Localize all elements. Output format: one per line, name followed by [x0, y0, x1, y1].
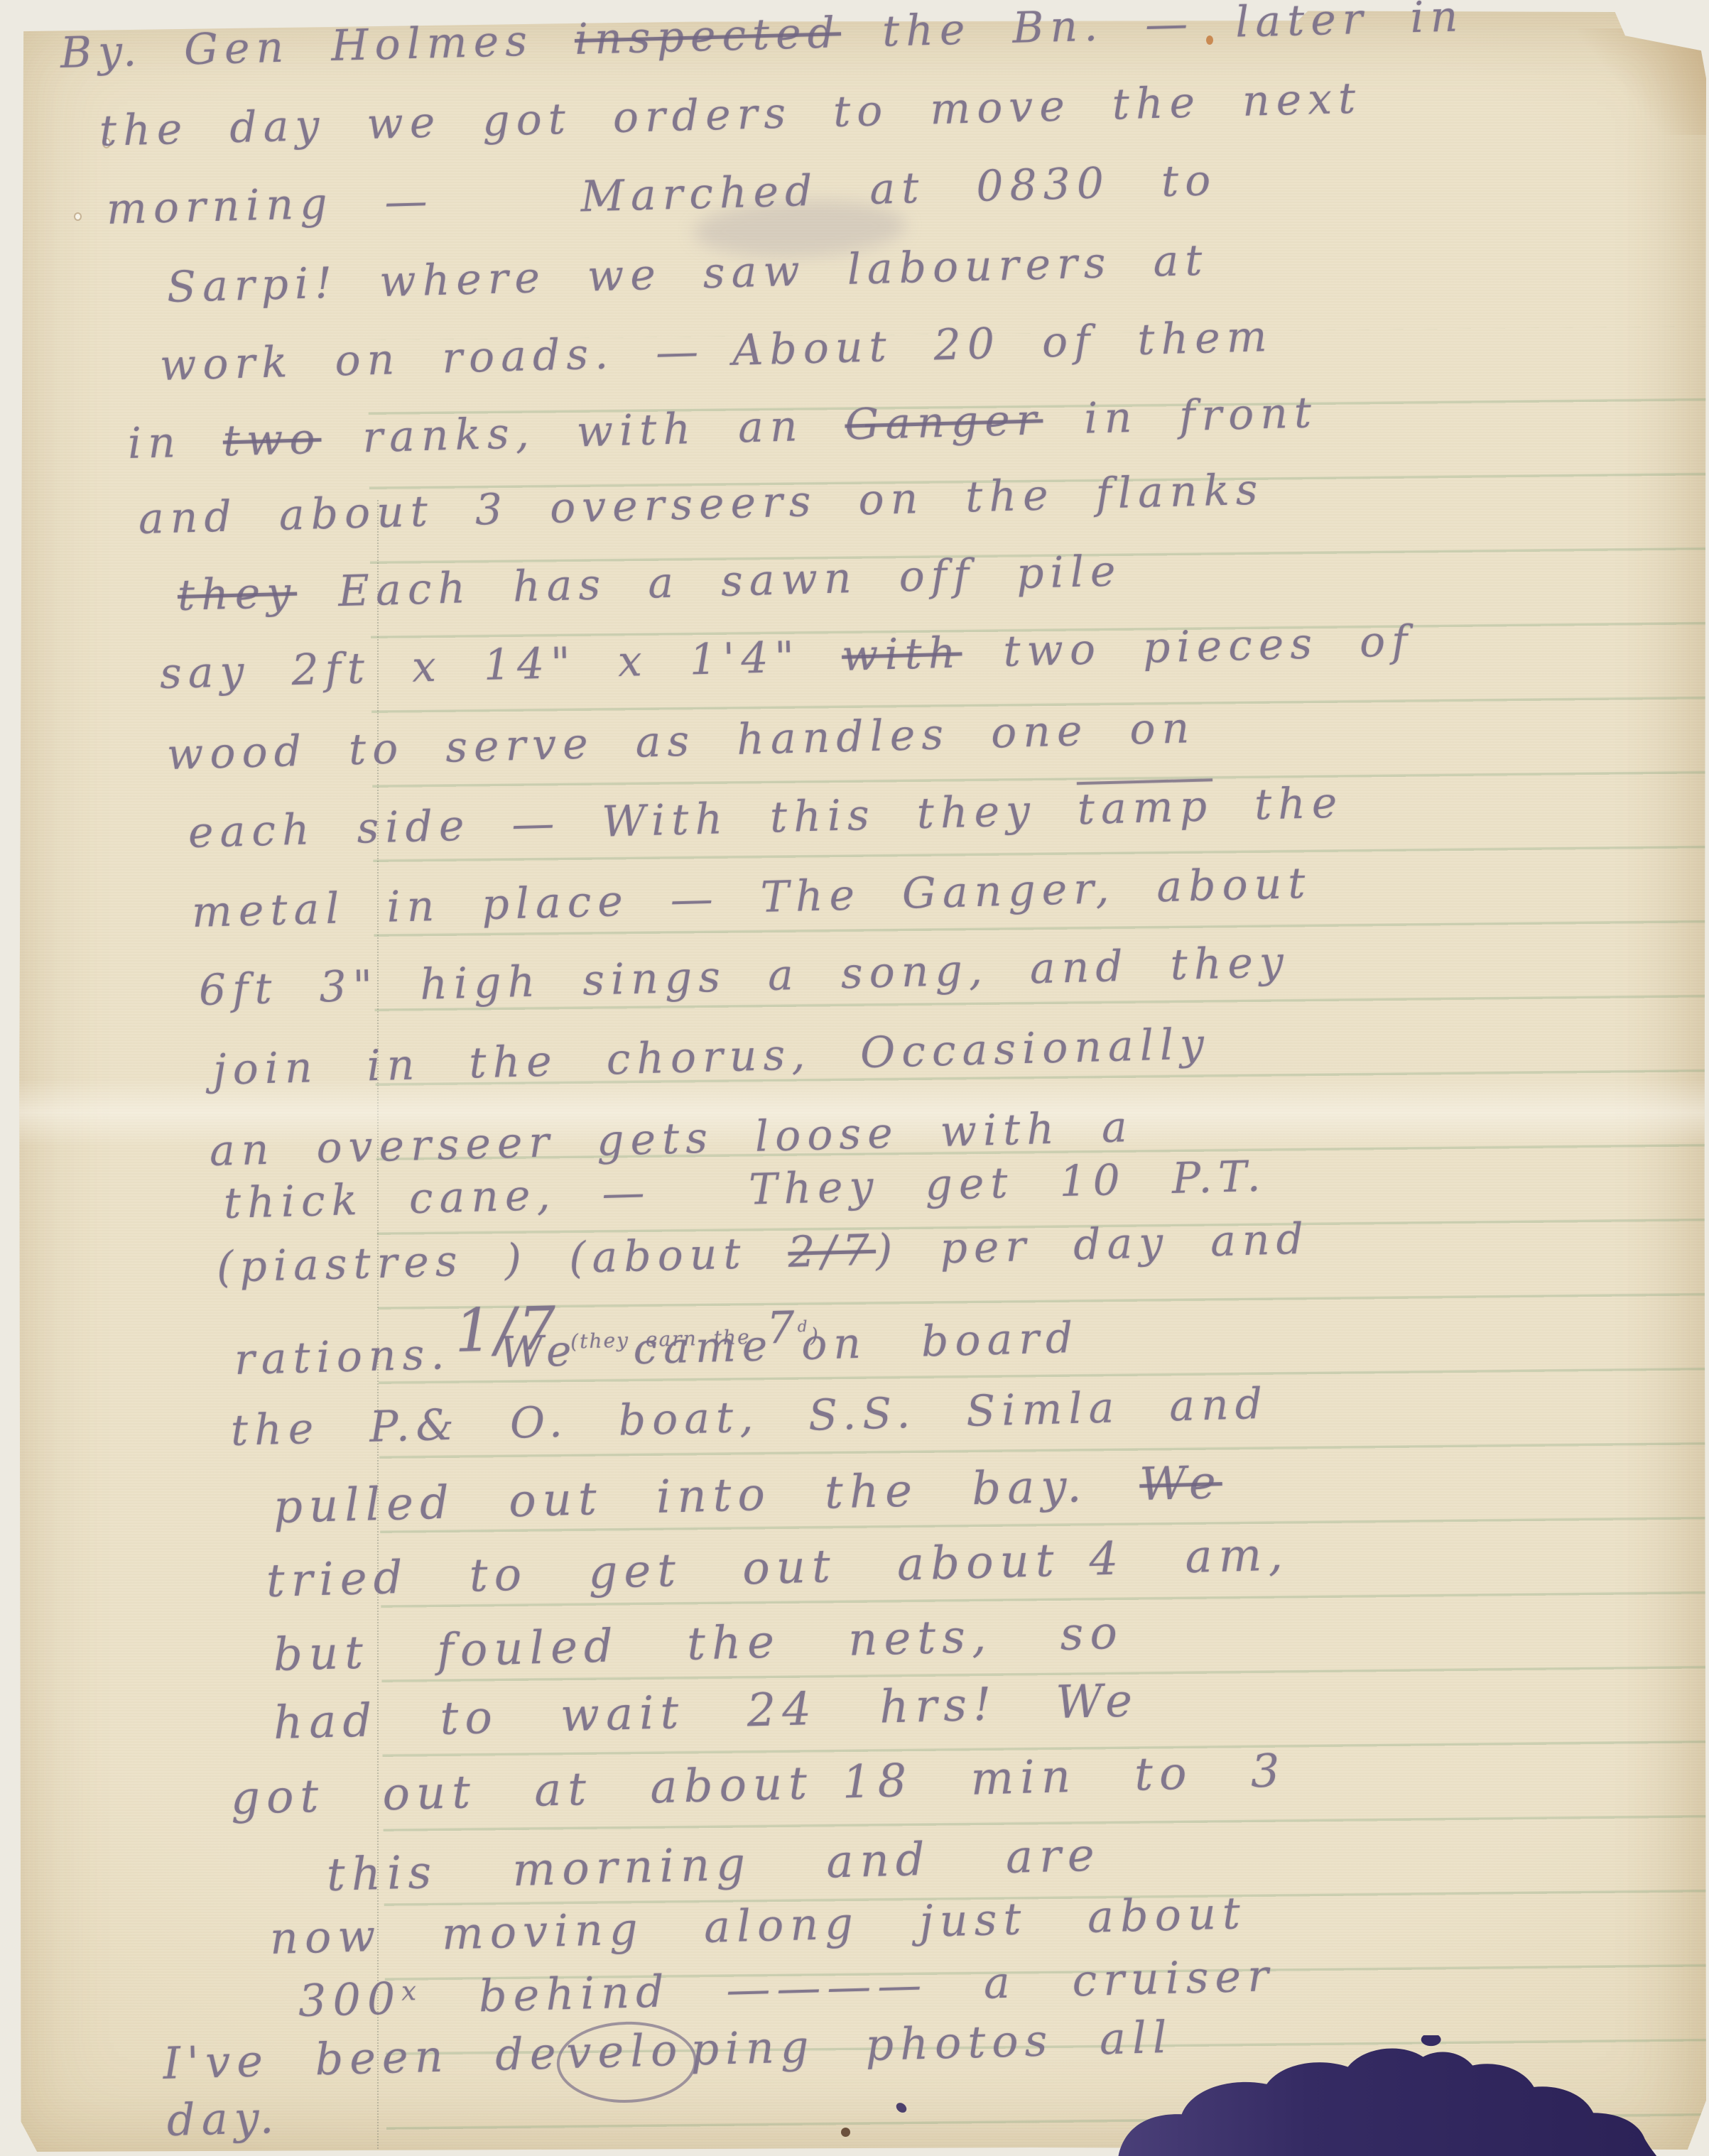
- corner-stain: [1578, 28, 1706, 135]
- ink-blot: [1105, 2035, 1659, 2156]
- scanned-diary-sheet: By. Gen Holmes inspected the Bn. — later…: [0, 0, 1709, 2156]
- pinhole: [75, 214, 80, 219]
- handwriting-line: day.: [166, 2094, 281, 2145]
- stain-speck: [841, 2128, 850, 2137]
